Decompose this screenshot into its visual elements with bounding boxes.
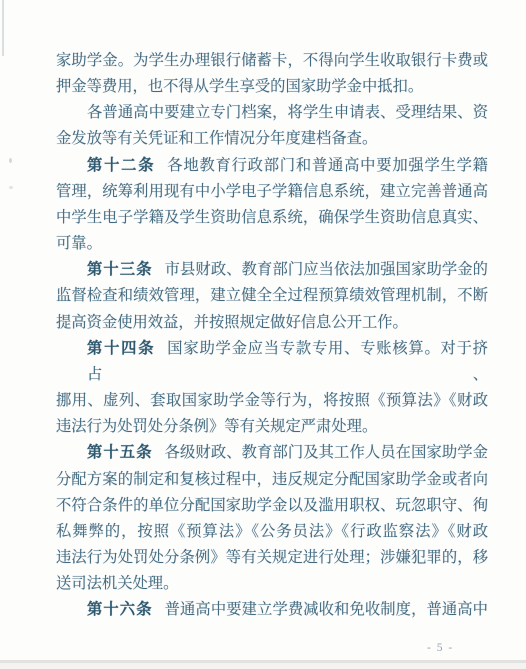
text-line-content: 违法行为处罚处分条例》等有关规定进行处理；涉嫌犯罪的，移 bbox=[56, 549, 488, 566]
text-line: 私舞弊的，按照《预算法》《公务员法》《行政监察法》《财政 bbox=[56, 519, 488, 545]
article-heading: 第十三条 bbox=[87, 261, 153, 278]
text-line: 第十六条普通高中要建立学费减收和免收制度，普通高中 bbox=[56, 597, 488, 623]
text-line: 可靠。 bbox=[56, 231, 488, 257]
text-line-content: 金发放等有关凭证和工作情况分年度建档备查。 bbox=[56, 130, 377, 147]
text-line-content: 管理，统筹利用现有中小学电子学籍信息系统，建立完善普通高 bbox=[56, 183, 488, 200]
text-line-content: 提高资金使用效益，并按照规定做好信息公开工作。 bbox=[56, 314, 408, 331]
text-line: 提高资金使用效益，并按照规定做好信息公开工作。 bbox=[56, 310, 488, 336]
text-line: 第十四条国家助学金应当专款专用、专账核算。对于挤占、 bbox=[56, 336, 488, 388]
document-body: 家助学金。为学生办理银行储蓄卡，不得向学生收取银行卡费或押金等费用，也不得从学生… bbox=[56, 48, 488, 623]
text-line-content: 私舞弊的，按照《预算法》《公务员法》《行政监察法》《财政 bbox=[56, 523, 488, 540]
text-line: 第十五条各级财政、教育部门及其工作人员在国家助学金 bbox=[56, 440, 488, 466]
text-line-content: 押金等费用，也不得从学生享受的国家助学金中抵扣。 bbox=[56, 78, 423, 95]
document-page: 家助学金。为学生办理银行储蓄卡，不得向学生收取银行卡费或押金等费用，也不得从学生… bbox=[0, 0, 526, 669]
text-line: 第十二条各地教育行政部门和普通高中要加强学生学籍 bbox=[56, 153, 488, 179]
text-line: 金发放等有关凭证和工作情况分年度建档备查。 bbox=[56, 126, 488, 152]
text-line-content: 送司法机关处理。 bbox=[56, 575, 178, 592]
text-line-content: 违法行为处罚处分条例》等有关规定严肃处理。 bbox=[56, 418, 377, 435]
text-line-content: 挪用、虚列、套取国家助学金等行为，将按照《预算法》《财政 bbox=[56, 392, 488, 409]
text-line-content: 可靠。 bbox=[56, 235, 102, 252]
text-line-content: 各级财政、教育部门及其工作人员在国家助学金 bbox=[165, 444, 488, 461]
scan-edge-artifact bbox=[2, 0, 4, 56]
text-line: 管理，统筹利用现有中小学电子学籍信息系统，建立完善普通高 bbox=[56, 179, 488, 205]
article-heading: 第十二条 bbox=[87, 157, 155, 174]
text-line: 中学生电子学籍及学生资助信息系统，确保学生资助信息真实、 bbox=[56, 205, 488, 231]
text-line-content: 市县财政、教育部门应当依法加强国家助学金的 bbox=[165, 261, 488, 278]
article-heading: 第十六条 bbox=[87, 601, 153, 618]
text-line: 违法行为处罚处分条例》等有关规定严肃处理。 bbox=[56, 414, 488, 440]
text-line: 不符合条件的单位分配国家助学金以及滥用职权、玩忽职守、徇 bbox=[56, 493, 488, 519]
text-line: 分配方案的制定和复核过程中，违反规定分配国家助学金或者向 bbox=[56, 467, 488, 493]
text-line: 挪用、虚列、套取国家助学金等行为，将按照《预算法》《财政 bbox=[56, 388, 488, 414]
page-bottom-edge-fill bbox=[0, 663, 526, 669]
text-line-content: 普通高中要建立学费减收和免收制度，普通高中 bbox=[165, 601, 488, 618]
text-line-content: 不符合条件的单位分配国家助学金以及滥用职权、玩忽职守、徇 bbox=[56, 497, 488, 514]
text-line: 家助学金。为学生办理银行储蓄卡，不得向学生收取银行卡费或 bbox=[56, 48, 488, 74]
scan-speck bbox=[9, 158, 12, 163]
text-line-content: 中学生电子学籍及学生资助信息系统，确保学生资助信息真实、 bbox=[56, 209, 488, 226]
article-heading: 第十四条 bbox=[87, 340, 155, 357]
text-line-content: 家助学金。为学生办理银行储蓄卡，不得向学生收取银行卡费或 bbox=[56, 52, 488, 69]
text-line: 各普通高中要建立专门档案，将学生申请表、受理结果、资 bbox=[56, 100, 488, 126]
article-heading: 第十五条 bbox=[87, 444, 153, 461]
text-line-content: 各地教育行政部门和普通高中要加强学生学籍 bbox=[167, 157, 488, 174]
text-line: 违法行为处罚处分条例》等有关规定进行处理；涉嫌犯罪的，移 bbox=[56, 545, 488, 571]
text-line: 监督检查和绩效管理，建立健全全过程预算绩效管理机制，不断 bbox=[56, 283, 488, 309]
text-line-content: 各普通高中要建立专门档案，将学生申请表、受理结果、资 bbox=[87, 104, 488, 121]
text-line: 送司法机关处理。 bbox=[56, 571, 488, 597]
text-line-content: 监督检查和绩效管理，建立健全全过程预算绩效管理机制，不断 bbox=[56, 287, 488, 304]
text-line-content: 分配方案的制定和复核过程中，违反规定分配国家助学金或者向 bbox=[56, 471, 488, 488]
text-line: 押金等费用，也不得从学生享受的国家助学金中抵扣。 bbox=[56, 74, 488, 100]
page-number: - 5 - bbox=[427, 642, 454, 654]
scan-speck bbox=[9, 186, 13, 189]
text-line: 第十三条市县财政、教育部门应当依法加强国家助学金的 bbox=[56, 257, 488, 283]
